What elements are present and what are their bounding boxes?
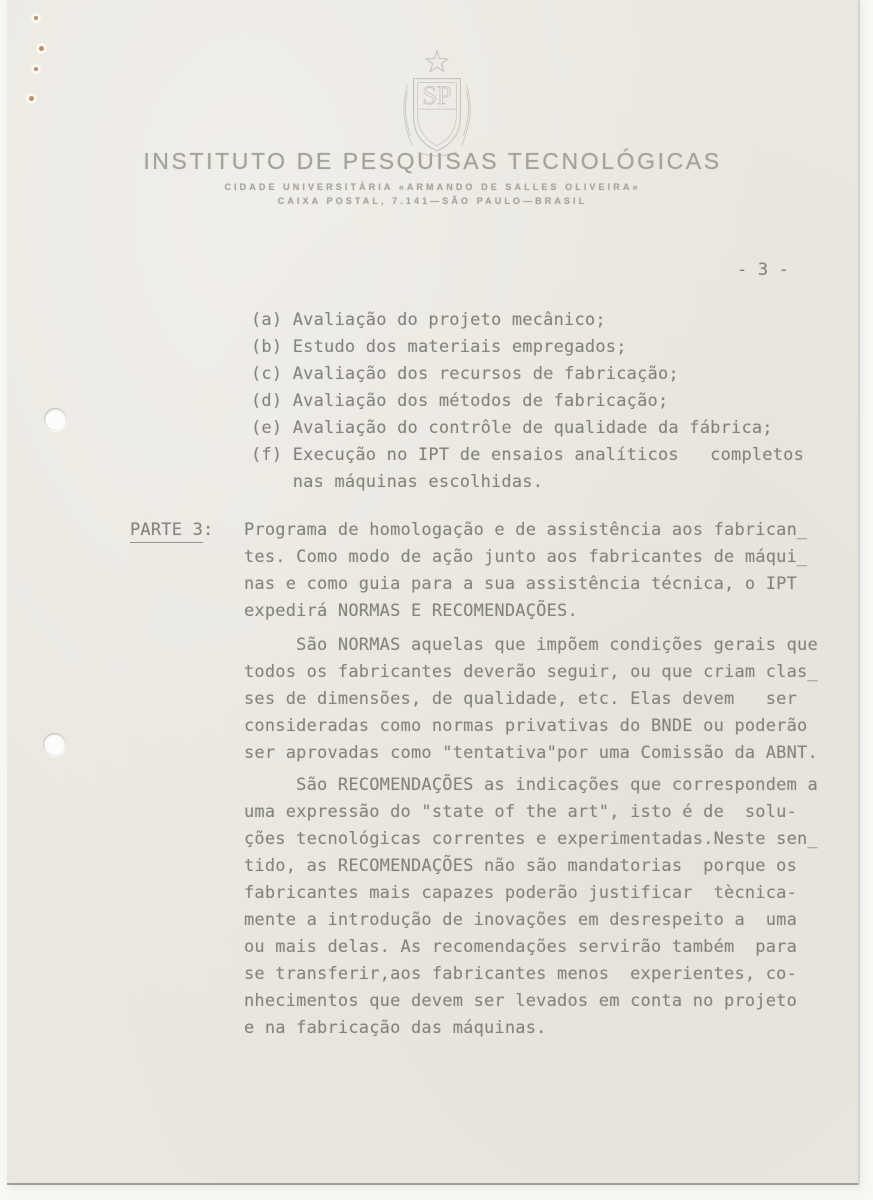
typewritten-line: mente a introdução de inovações em desre… (244, 907, 818, 934)
typewritten-line: (c) Avaliação dos recursos de fabricação… (251, 361, 804, 388)
typewritten-line: consideradas como normas privativas do B… (244, 713, 818, 740)
typewritten-line: (d) Avaliação dos métodos de fabricação; (251, 388, 804, 415)
typewritten-line: uma expressão do "state of the art", ist… (244, 799, 818, 826)
typewritten-line: nhecimentos que devem ser levados em con… (244, 988, 818, 1015)
rust-speck (39, 46, 44, 51)
typewritten-line: ções tecnológicas correntes e experiment… (244, 826, 818, 853)
rust-speck (34, 16, 38, 20)
criteria-list: (a) Avaliação do projeto mecânico; (b) E… (251, 307, 804, 496)
laurel-right (461, 85, 470, 146)
scanned-document: SP INSTITUTO DE PESQUISAS TECNOLÓGICAS C… (0, 0, 873, 1200)
punch-hole (43, 733, 66, 756)
typewritten-line: São NORMAS aquelas que impõem condições … (244, 632, 818, 659)
typewritten-line: expedirá NORMAS E RECOMENDAÇÕES. (244, 598, 807, 625)
institute-name: INSTITUTO DE PESQUISAS TECNOLÓGICAS (7, 148, 858, 175)
typewritten-line: São RECOMENDAÇÕES as indicações que corr… (244, 772, 818, 799)
sao-paulo-crest-logo: SP (390, 46, 484, 160)
typewritten-line: nas máquinas escolhidas. (251, 469, 804, 496)
typewritten-line: tido, as RECOMENDAÇÕES não são mandatori… (244, 853, 818, 880)
section-label-colon: : (203, 520, 213, 540)
typewritten-line: Programa de homologação e de assistência… (244, 517, 807, 544)
paragraph-2: São NORMAS aquelas que impõem condições … (244, 632, 818, 767)
laurel-left (404, 85, 413, 146)
typewritten-line: e na fabricação das máquinas. (244, 1015, 818, 1042)
address-line-2: CAIXA POSTAL, 7.141—SÃO PAULO—BRASIL (7, 196, 858, 206)
star-icon (426, 51, 447, 71)
typewritten-line: ou mais delas. As recomendações servirão… (244, 934, 818, 961)
typewritten-line: ser aprovadas como "tentativa"por uma Co… (244, 740, 818, 767)
typewritten-line: tes. Como modo de ação junto aos fabrica… (244, 544, 807, 571)
page-number: - 3 - (737, 257, 789, 284)
typewritten-line: se transferir,aos fabricantes menos expe… (244, 961, 818, 988)
typewritten-line: fabricantes mais capazes poderão justifi… (244, 880, 818, 907)
typewritten-line: (a) Avaliação do projeto mecânico; (251, 307, 804, 334)
typewritten-line: (b) Estudo dos materiais empregados; (251, 334, 804, 361)
typewritten-line: (e) Avaliação do contrôle de qualidade d… (251, 415, 804, 442)
typewritten-line: todos os fabricantes deverão seguir, ou … (244, 659, 818, 686)
paper-page: SP INSTITUTO DE PESQUISAS TECNOLÓGICAS C… (7, 0, 858, 1183)
section-label-text: PARTE 3 (130, 520, 203, 543)
paragraph-3: São RECOMENDAÇÕES as indicações que corr… (244, 772, 818, 1042)
typewritten-line: nas e como guia para a sua assistência t… (244, 571, 807, 598)
rust-speck (29, 96, 34, 101)
typewritten-line: ses de dimensões, de qualidade, etc. Ela… (244, 686, 818, 713)
address-line-1: CIDADE UNIVERSITÁRIA «ARMANDO DE SALLES … (7, 182, 858, 192)
paragraph-1: Programa de homologação e de assistência… (244, 517, 807, 625)
crest-monogram: SP (422, 80, 451, 110)
rust-speck (34, 67, 38, 71)
typewritten-line: (f) Execução no IPT de ensaios analítico… (251, 442, 804, 469)
section-label-parte-3: PARTE 3: (130, 517, 213, 544)
punch-hole (44, 408, 67, 431)
